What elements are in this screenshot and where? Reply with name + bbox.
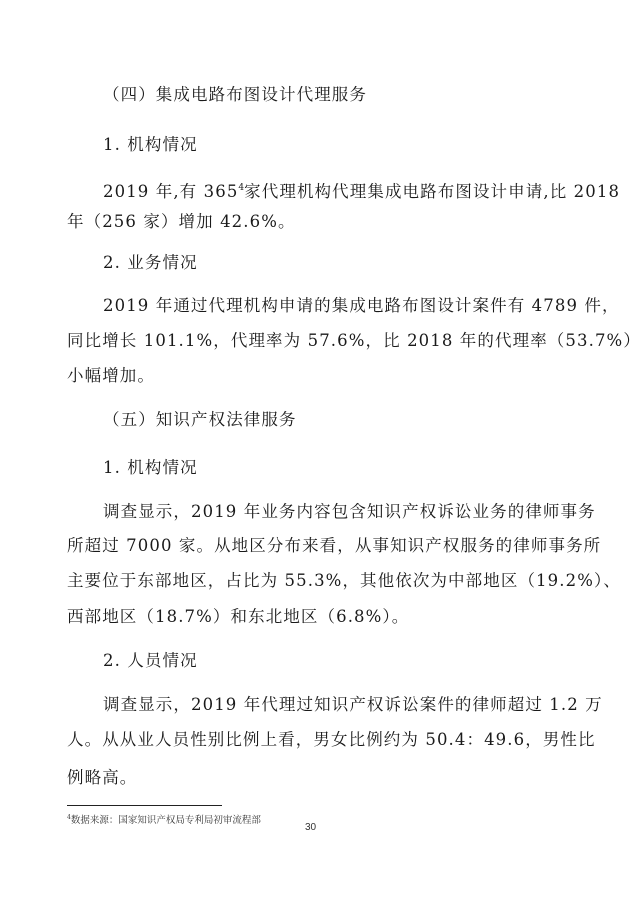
document-page: （四）集成电路布图设计代理服务 1. 机构情况 2019 年,有 3654家代理… bbox=[0, 0, 636, 900]
subsection-heading: 1. 机构情况 bbox=[103, 457, 573, 479]
footnote-text: 数据来源：国家知识产权局专利局初审流程部 bbox=[71, 815, 261, 826]
subsection-heading: 1. 机构情况 bbox=[103, 134, 573, 156]
section-heading: （四）集成电路布图设计代理服务 bbox=[103, 84, 573, 106]
paragraph-line: 小幅增加。 bbox=[67, 365, 572, 387]
paragraph-line: 调查显示，2019 年业务内容包含知识产权诉讼业务的律师事务 bbox=[103, 501, 571, 523]
paragraph-line: 2019 年,有 3654家代理机构代理集成电路布图设计申请,比 2018 bbox=[103, 177, 571, 203]
subsection-heading: 2. 人员情况 bbox=[103, 650, 573, 672]
paragraph-line: 同比增长 101.1%，代理率为 57.6%，比 2018 年的代理率（53.7… bbox=[67, 330, 572, 352]
paragraph-line: 人。从从业人员性别比例上看，男女比例约为 50.4：49.6，男性比 bbox=[67, 729, 572, 751]
paragraph-line: 西部地区（18.7%）和东北地区（6.8%）。 bbox=[67, 606, 572, 628]
paragraph-line: 年（256 家）增加 42.6%。 bbox=[67, 211, 572, 233]
page-number: 30 bbox=[305, 822, 316, 833]
paragraph-line: 例略高。 bbox=[67, 767, 572, 789]
subsection-heading: 2. 业务情况 bbox=[103, 252, 573, 274]
text-run: 2019 年,有 365 bbox=[103, 182, 238, 201]
paragraph-line: 主要位于东部地区，占比为 55.3%，其他依次为中部地区（19.2%）、 bbox=[67, 570, 572, 592]
paragraph-line: 2019 年通过代理机构申请的集成电路布图设计案件有 4789 件， bbox=[103, 295, 571, 317]
footnote-separator bbox=[67, 805, 222, 806]
footnote: 4数据来源：国家知识产权局专利局初审流程部 bbox=[67, 812, 261, 827]
text-run: 家代理机构代理集成电路布图设计申请,比 2018 bbox=[244, 182, 620, 201]
paragraph-line: 所超过 7000 家。从地区分布来看，从事知识产权服务的律师事务所 bbox=[67, 535, 572, 557]
section-heading: （五）知识产权法律服务 bbox=[103, 409, 573, 431]
paragraph-line: 调查显示，2019 年代理过知识产权诉讼案件的律师超过 1.2 万 bbox=[103, 694, 571, 716]
